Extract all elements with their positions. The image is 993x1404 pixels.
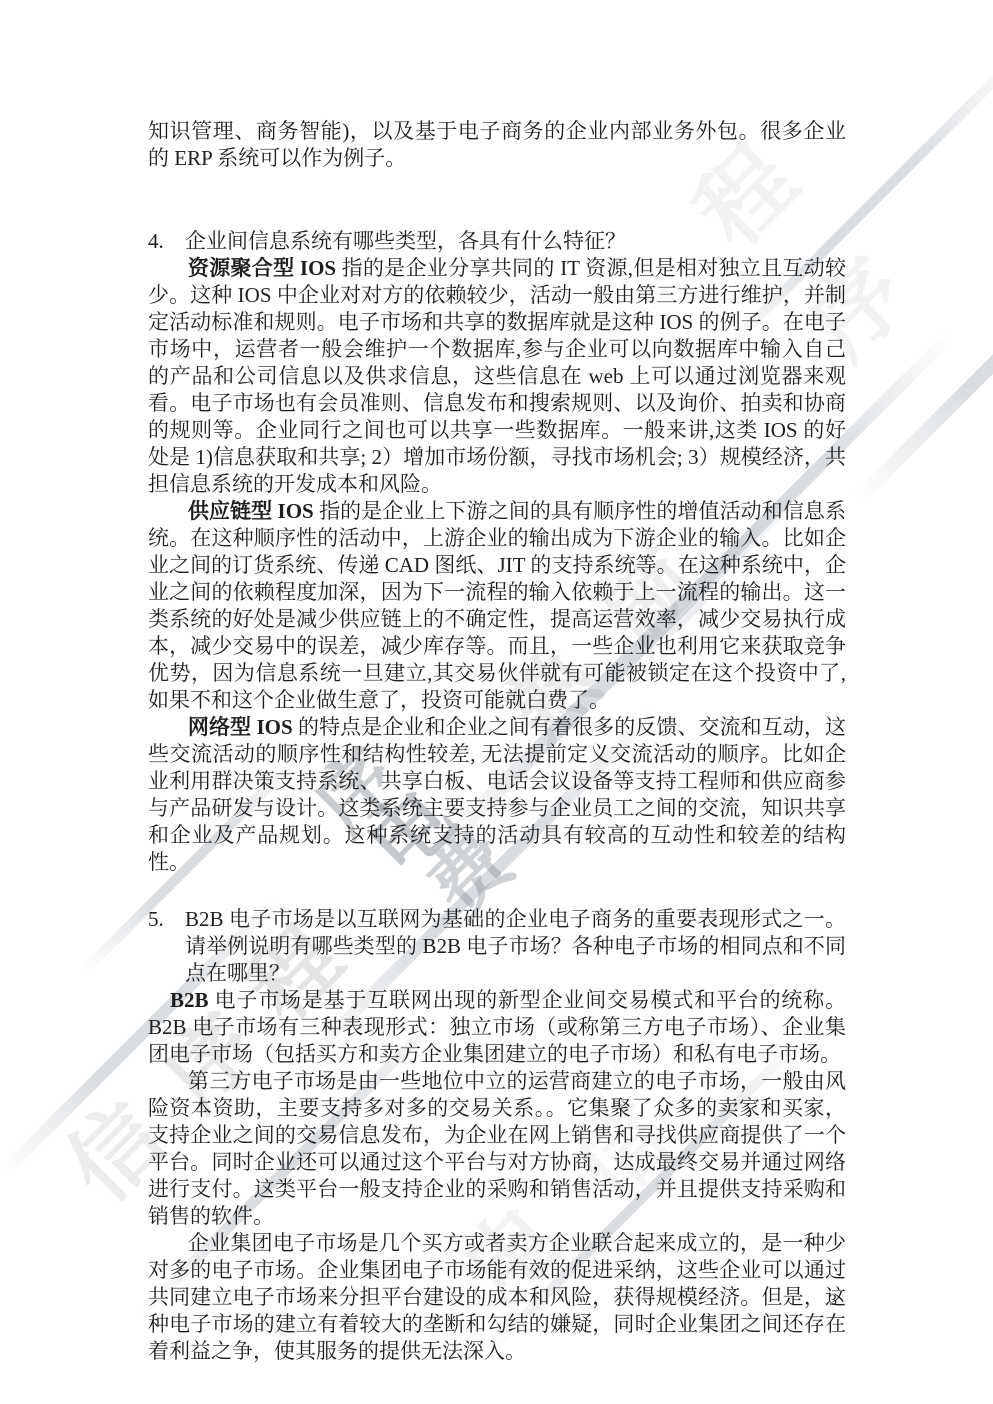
answer-text: 指的是企业分享共同的 IT 资源,但是相对独立且互动较少。这种 IOS 中企业对… (148, 256, 846, 496)
question-4-number: 4. (148, 228, 185, 255)
question-4-title: 企业间信息系统有哪些类型，各具有什么特征？ (185, 228, 846, 255)
answer-paragraph: 供应链型 IOS 指的是企业上下游之间的具有顺序性的增值活动和信息系统。在这种顺… (148, 498, 846, 714)
page-number: 3 (829, 1292, 837, 1310)
document-page: 程序题熟序电费程序信电信 知识管理、商务智能)，以及基于电子商务的企业内部业务外… (0, 0, 993, 1404)
question-5: 5. B2B 电子市场是以互联网为基础的企业电子商务的重要表现形式之一。请举例说… (148, 906, 846, 987)
question-5-number: 5. (148, 906, 185, 987)
question-4: 4. 企业间信息系统有哪些类型，各具有什么特征？ (148, 228, 846, 255)
answer-text: 电子市场是基于互联网出现的新型企业间交易模式和平台的统称。B2B 电子市场有三种… (148, 988, 846, 1066)
answer-paragraph: 第三方电子市场是由一些地位中立的运营商建立的电子市场，一般由风险资本资助，主要支… (148, 1068, 846, 1230)
answer-paragraph: 企业集团电子市场是几个买方或者卖方企业联合起来成立的，是一种少对多的电子市场。企… (148, 1230, 846, 1365)
answer-text: 指的是企业上下游之间的具有顺序性的增值活动和信息系统。在这种顺序性的活动中，上游… (148, 499, 846, 712)
answer-lead: B2B (170, 988, 209, 1012)
answer-paragraph: 资源聚合型 IOS 指的是企业分享共同的 IT 资源,但是相对独立且互动较少。这… (148, 255, 846, 498)
answer-text: 企业集团电子市场是几个买方或者卖方企业联合起来成立的，是一种少对多的电子市场。企… (148, 1231, 846, 1363)
question-5-answers: B2B 电子市场是基于互联网出现的新型企业间交易模式和平台的统称。B2B 电子市… (148, 987, 846, 1365)
watermark-streak (852, 169, 993, 504)
answer-lead: 网络型 IOS (188, 715, 293, 739)
answer-lead: 供应链型 IOS (188, 499, 314, 523)
question-5-title: B2B 电子市场是以互联网为基础的企业电子商务的重要表现形式之一。请举例说明有哪… (185, 906, 846, 987)
page-content: 知识管理、商务智能)，以及基于电子商务的企业内部业务外包。很多企业的 ERP 系… (148, 118, 846, 1365)
question-4-answers: 资源聚合型 IOS 指的是企业分享共同的 IT 资源,但是相对独立且互动较少。这… (148, 255, 846, 876)
answer-paragraph: 网络型 IOS 的特点是企业和企业之间有着很多的反馈、交流和互动，这些交流活动的… (148, 714, 846, 876)
answer-lead: 资源聚合型 IOS (188, 256, 336, 280)
intro-paragraph: 知识管理、商务智能)，以及基于电子商务的企业内部业务外包。很多企业的 ERP 系… (148, 118, 846, 172)
answer-text: 第三方电子市场是由一些地位中立的运营商建立的电子市场，一般由风险资本资助，主要支… (148, 1069, 846, 1228)
answer-paragraph: B2B 电子市场是基于互联网出现的新型企业间交易模式和平台的统称。B2B 电子市… (148, 987, 846, 1068)
